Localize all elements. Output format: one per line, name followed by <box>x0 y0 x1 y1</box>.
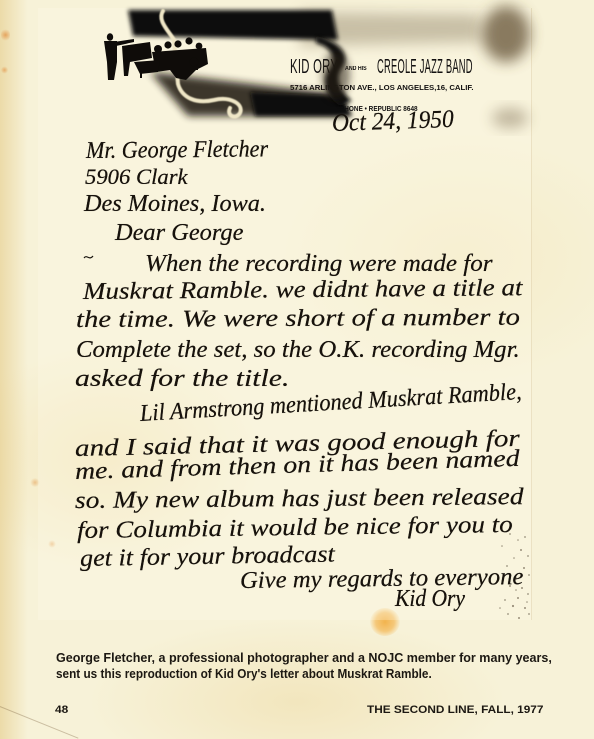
body-line: Muskrat Ramble. we didnt have a title at <box>83 276 523 304</box>
letterhead-band-name-right: CREOLE JAZZ BAND <box>377 57 473 77</box>
stain <box>1 66 8 74</box>
stain <box>1 28 10 42</box>
body-line: for Columbia it would be nice for you to <box>77 513 513 543</box>
letterhead-band-name-left: KID ORY <box>290 57 338 77</box>
caption-line: sent us this reproduction of Kid Ory's l… <box>56 668 432 681</box>
body-line: When the recording were made for <box>145 252 493 276</box>
recipient-name: Mr. George Fletcher <box>86 137 268 163</box>
letter-closing: Give my regards to everyone <box>240 565 524 593</box>
recipient-street: 5906 Clark <box>85 166 188 188</box>
caption-line: George Fletcher, a professional photogra… <box>56 652 552 665</box>
body-line: so. My new album has just been released <box>75 485 524 513</box>
letter-signature: Kid Ory <box>395 587 465 611</box>
publication-footer: THE SECOND LINE, FALL, 1977 <box>367 705 543 716</box>
magazine-page: KID ORY AND HIS CREOLE JAZZ BAND 5716 AR… <box>0 0 594 739</box>
body-line: Complete the set, so the O.K. recording … <box>76 338 520 362</box>
letter-date: Oct 24, 1950 <box>332 107 455 136</box>
letterhead-band-name-connector: AND HIS <box>345 66 367 72</box>
recipient-city: Des Moines, Iowa. <box>84 192 266 216</box>
body-line: the time. We were short of a number to <box>76 306 520 332</box>
salutation: Dear George <box>115 221 243 245</box>
pen-mark <box>82 252 96 266</box>
page-number: 48 <box>55 705 68 716</box>
body-line: asked for the title. <box>75 367 289 391</box>
letterhead-address: 5716 ARLINGTON AVE., LOS ANGELES,16, CAL… <box>290 85 473 92</box>
